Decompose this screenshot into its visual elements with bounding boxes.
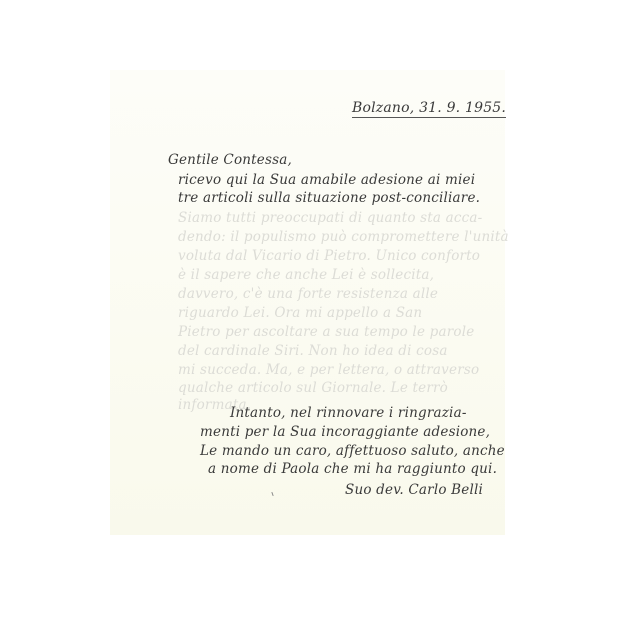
faded-line: Siamo tutti preoccupati di quanto sta ac… xyxy=(178,210,482,226)
faded-line: del cardinale Siri. Non ho idea di cosa xyxy=(178,343,448,359)
faded-line: è il sapere che anche Lei è sollecita, xyxy=(178,267,434,283)
closing-line: Intanto, nel rinnovare i ringrazia- xyxy=(230,405,467,421)
opening-line: ricevo qui la Sua amabile adesione ai mi… xyxy=(178,172,475,188)
opening-line: tre articoli sulla situazione post-conci… xyxy=(178,190,480,206)
faded-line: riguardo Lei. Ora mi appello a San xyxy=(178,305,422,321)
closing-line: menti per la Sua incoraggiante adesione, xyxy=(200,424,490,440)
faded-line: davvero, c'è una forte resistenza alle xyxy=(178,286,438,302)
closing-line: Le mando un caro, affettuoso saluto, anc… xyxy=(200,443,505,459)
closing-line: a nome di Paola che mi ha raggiunto qui. xyxy=(208,461,497,477)
signature: Suo dev. Carlo Belli xyxy=(345,482,483,498)
place-date: Bolzano, 31. 9. 1955. xyxy=(352,100,506,118)
faded-line: Pietro per ascoltare a sua tempo le paro… xyxy=(178,324,474,340)
salutation: Gentile Contessa, xyxy=(168,152,292,168)
faded-line: mi succeda. Ma, e per lettera, o attrave… xyxy=(178,362,479,378)
faded-line: dendo: il populismo può compromettere l'… xyxy=(178,229,509,245)
faded-line: voluta dal Vicario di Pietro. Unico conf… xyxy=(178,248,480,264)
faded-line: qualche articolo sul Giornale. Le terrò xyxy=(178,380,448,396)
